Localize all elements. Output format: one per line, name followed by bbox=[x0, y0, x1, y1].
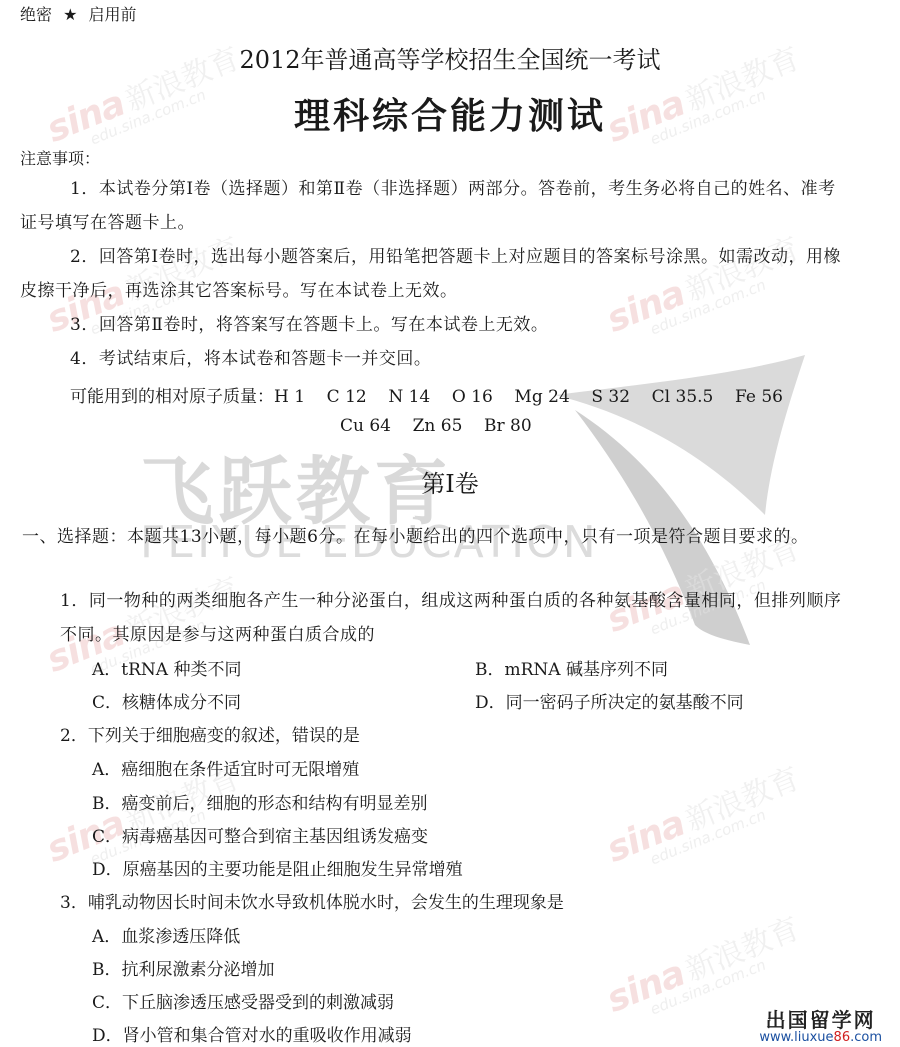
site-logo-url: www.liuxue86.com bbox=[759, 1030, 882, 1047]
exam-subtitle: 理科综合能力测试 bbox=[0, 88, 900, 139]
confidential-mark: 绝密 ★ 启用前 bbox=[20, 2, 137, 25]
star-icon: ★ bbox=[63, 5, 77, 24]
question-2-number: 2． bbox=[60, 726, 88, 746]
question-2-option-d[interactable]: D．原癌基因的主要功能是阻止细胞发生异常增殖 bbox=[92, 855, 463, 880]
confidential-label: 绝密 bbox=[20, 5, 52, 24]
atomic-mass-values-1: H 1 C 12 N 14 O 16 Mg 24 S 32 Cl 35.5 Fe… bbox=[274, 387, 783, 407]
question-1-stem: 同一物种的两类细胞各产生一种分泌蛋白，组成这两种蛋白质的各种氨基酸含量相同，但排… bbox=[60, 591, 841, 645]
atomic-mass-label: 可能用到的相对原子质量： bbox=[70, 387, 274, 407]
question-1-option-d[interactable]: D．同一密码子所决定的氨基酸不同 bbox=[475, 688, 744, 713]
note-item-4: 4．考试结束后，将本试卷和答题卡一并交回。 bbox=[70, 342, 900, 376]
question-2-stem: 下列关于细胞癌变的叙述，错误的是 bbox=[88, 726, 360, 746]
note-item-2: 2．回答第Ⅰ卷时，选出每小题答案后，用铅笔把答题卡上对应题目的答案标号涂黑。如需… bbox=[20, 240, 850, 308]
question-1-number: 1． bbox=[60, 591, 89, 611]
question-1-option-c[interactable]: C．核糖体成分不同 bbox=[92, 688, 241, 713]
atomic-mass-values-2: Cu 64 Zn 65 Br 80 bbox=[340, 416, 532, 436]
atomic-mass-row: 可能用到的相对原子质量：H 1 C 12 N 14 O 16 Mg 24 S 3… bbox=[70, 382, 783, 407]
section-instructions: 一、选择题：本题共13小题，每小题6分。在每小题给出的四个选项中，只有一项是符合… bbox=[22, 520, 852, 554]
note-item-3: 3．回答第Ⅱ卷时，将答案写在答题卡上。写在本试卷上无效。 bbox=[70, 308, 900, 342]
question-2-option-c[interactable]: C．病毒癌基因可整合到宿主基因组诱发癌变 bbox=[92, 822, 428, 847]
question-3-option-c[interactable]: C．下丘脑渗透压感受器受到的刺激减弱 bbox=[92, 988, 394, 1013]
sina-watermark: sina新浪教育 edu.sina.com.cn bbox=[600, 754, 810, 882]
question-3-stem: 哺乳动物因长时间未饮水导致机体脱水时，会发生的生理现象是 bbox=[88, 893, 564, 913]
before-use-label: 启用前 bbox=[89, 5, 137, 24]
question-3-number: 3． bbox=[60, 893, 88, 913]
site-logo-name: 出国留学网 bbox=[759, 1010, 882, 1030]
question-3-option-a[interactable]: A．血浆渗透压降低 bbox=[92, 922, 240, 947]
notes-heading: 注意事项： bbox=[20, 146, 100, 169]
question-2: 2．下列关于细胞癌变的叙述，错误的是 bbox=[60, 721, 360, 746]
exam-title: 2012年普通高等学校招生全国统一考试 bbox=[0, 40, 900, 75]
question-2-option-a[interactable]: A．癌细胞在条件适宜时可无限增殖 bbox=[92, 755, 359, 780]
question-3-option-d[interactable]: D．肾小管和集合管对水的重吸收作用减弱 bbox=[92, 1021, 412, 1046]
exam-page: 飞跃教育 FEIYUE EDUCATION sina新浪教育 edu.sina.… bbox=[0, 0, 900, 1047]
question-3: 3．哺乳动物因长时间未饮水导致机体脱水时，会发生的生理现象是 bbox=[60, 888, 564, 913]
question-1-option-a[interactable]: A．tRNA 种类不同 bbox=[92, 655, 241, 680]
note-item-1: 1．本试卷分第Ⅰ卷（选择题）和第Ⅱ卷（非选择题）两部分。答卷前，考生务必将自己的… bbox=[20, 172, 850, 240]
question-3-option-b[interactable]: B．抗利尿激素分泌增加 bbox=[92, 955, 275, 980]
question-1-option-b[interactable]: B．mRNA 碱基序列不同 bbox=[475, 655, 668, 680]
question-1: 1．同一物种的两类细胞各产生一种分泌蛋白，组成这两种蛋白质的各种氨基酸含量相同，… bbox=[60, 584, 850, 652]
volume-1-title: 第Ⅰ卷 bbox=[0, 464, 900, 499]
site-logo[interactable]: 出国留学网 www.liuxue86.com bbox=[759, 1010, 882, 1047]
question-2-option-b[interactable]: B．癌变前后，细胞的形态和结构有明显差别 bbox=[92, 789, 428, 814]
